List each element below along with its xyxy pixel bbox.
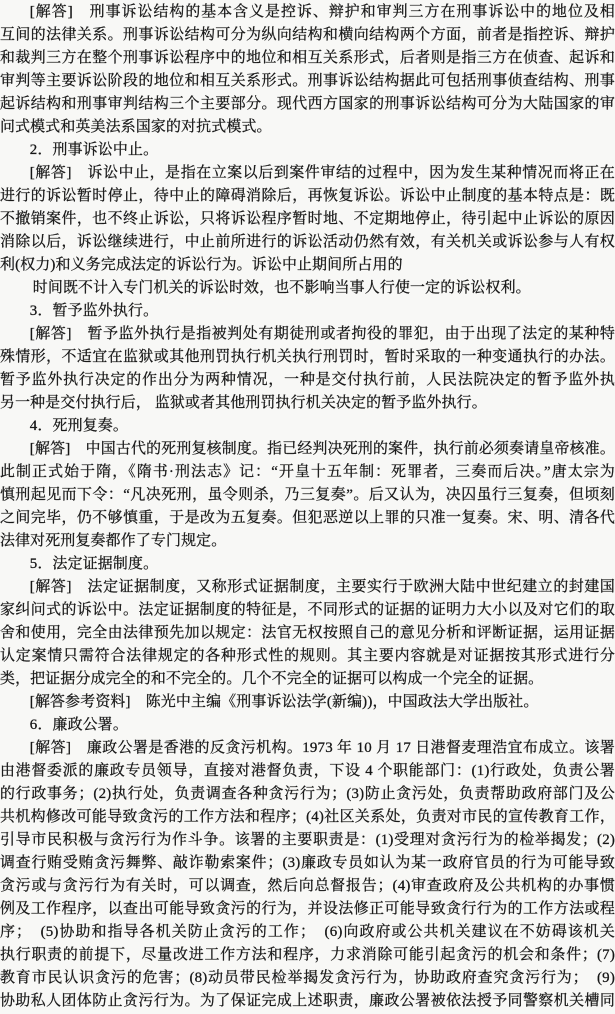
text-line-34: 由港督委派的廉政专员领导，直接对港督负责，下设 4 个职能部门：(1)行政处，负… [0, 760, 615, 783]
text-line-41: 序； (5)协助和指导各机关防止贪污的工作； (6)向政府或公共机关建议在不妨碍… [0, 921, 615, 944]
text-line-13: 时间既不计入专门机关的诉讼时效，也不影响当事人行使一定的诉讼权利。 [0, 277, 615, 300]
text-line-6: 问式模式和英美法系国家的对抗式模式。 [0, 116, 615, 139]
text-line-39: 贪污或与贪污行为有关时，可以调查，然后向总督报告；(4)审查政府及公共机构的办事… [0, 875, 615, 898]
text-line-31: [解答参考资料] 陈光中主编《刑事诉讼法学(新编))，中国政法大学出版社。 [0, 691, 615, 714]
text-line-37: 引导市民积极与贪污行为作斗争。该署的主要职责是：(1)受理对贪污行为的检举揭发；… [0, 829, 615, 852]
text-line-36: 共机构修改可能导致贪污的工作方法和程序；(4)社区关系处，负责对市民的宣传教育工… [0, 806, 615, 829]
text-line-14: 3．暂予监外执行。 [0, 300, 615, 323]
text-line-3: 和裁判三方在整个刑事诉讼程序中的地位和相互关系形式，后者则是指三方在侦查、起诉和 [0, 47, 615, 70]
text-line-19: 4．死刑复奏。 [0, 415, 615, 438]
text-line-44: 协助私人团体防止贪污行为。为了保证完成上述职责，廉政公署被依法授予同警察机关槽同 [0, 990, 615, 1013]
text-line-24: 法律对死刑复奏都作了专门规定。 [0, 530, 615, 553]
text-line-28: 舍和使用，完全由法律预先加以规定：法官无权按照自己的意见分析和评断证据，运用证据 [0, 622, 615, 645]
text-line-5: 起诉结构和刑事审判结构三个主要部分。现代西方国家的刑事诉讼结构可分为大陆国家的审 [0, 93, 615, 116]
text-line-38: 调查行贿受贿贪污舞弊、敲诈勒索案件；(3)廉政专员如认为某一政府官员的行为可能导… [0, 852, 615, 875]
text-line-8: [解答] 诉讼中止，是指在立案以后到案件审结的过程中，因为发生某种情况而将正在 [0, 162, 615, 185]
text-line-33: [解答] 廉政公署是香港的反贪污机构。1973 年 10 月 17 日港督麦理浩… [0, 737, 615, 760]
text-line-40: 例及工作程序，以查出可能导致贪污的行为，并设法修正可能导致贪行行为的工作方法或程 [0, 898, 615, 921]
text-line-21: 此制正式始于隋，《隋书·刑法志》记：“开皇十五年制：死罪者，三奏而后决。”唐太宗… [0, 461, 615, 484]
text-line-30: 类，把证据分成完全的和不完全的。几个不完全的证据可以构成一个完全的证据。 [0, 668, 615, 691]
text-line-9: 进行的诉讼暂时停止，待中止的障碍消除后，再恢复诉讼。诉讼中止制度的基本特点是：既 [0, 185, 615, 208]
text-line-17: 暂予监外执行决定的作出分为两种情况，一种是交付执行前，人民法院决定的暂予监外执行… [0, 369, 615, 392]
text-line-12: 利(权力)和义务完成法定的诉讼行为。诉讼中止期间所占用的 [0, 254, 615, 277]
document-page: [解答] 刑事诉讼结构的基本含义是控诉、辩护和审判三方在刑事诉讼中的地位及相互间… [0, 0, 615, 1014]
text-line-15: [解答] 暂予监外执行是指被判处有期徒刑或者拘役的罪犯，由于出现了法定的某种特 [0, 323, 615, 346]
text-line-29: 认定案情只需符合法律规定的各种形式性的规则。其主要内容就是对证据按其形式进行分 [0, 645, 615, 668]
text-line-7: 2．刑事诉讼中止。 [0, 139, 615, 162]
text-line-4: 审判等主要诉讼阶段的地位和相互关系形式。刑事诉讼结构据此可包括刑事侦查结构、刑事 [0, 70, 615, 93]
text-line-16: 殊情形，不适宜在监狱或其他刑罚执行机关执行刑罚时，暂时采取的一种变通执行的办法。 [0, 346, 615, 369]
text-line-18: 另一种是交付执行后， 监狱或者其他刑罚执行机关决定的暂予监外执行。 [0, 392, 615, 415]
text-line-35: 的行政事务；(2)执行处，负责调查各种贪污行为；(3)防止贪污处，负责帮助政府部… [0, 783, 615, 806]
text-line-11: 消除以后，诉讼继续进行，中止前所进行的诉讼活动仍然有效，有关机关或诉讼参与人有权 [0, 231, 615, 254]
text-line-23: 之间完毕，仍不够慎重，于是改为五复奏。但犯恶逆以上罪的只准一复奏。宋、明、清各代 [0, 507, 615, 530]
text-line-20: [解答] 中国古代的死刑复核制度。指已经判决死刑的案件，执行前必须奏请皇帝核准。 [0, 438, 615, 461]
text-line-2: 互间的法律关系。刑事诉讼结构可分为纵向结构和横向结构两个方面，前者是指控诉、辩护 [0, 24, 615, 47]
text-line-10: 不撤销案件，也不终止诉讼，只将诉讼程序暂时地、不定期地停止，待引起中止诉讼的原因 [0, 208, 615, 231]
text-line-32: 6．廉政公署。 [0, 714, 615, 737]
text-line-26: [解答] 法定证据制度，又称形式证据制度，主要实行于欧洲大陆中世纪建立的封建国 [0, 576, 615, 599]
text-line-25: 5．法定证据制度。 [0, 553, 615, 576]
text-line-27: 家纠问式的诉讼中。法定证据制度的特征是，不同形式的证据的证明力大小以及对它们的取 [0, 599, 615, 622]
text-line-1: [解答] 刑事诉讼结构的基本含义是控诉、辩护和审判三方在刑事诉讼中的地位及相 [0, 1, 615, 24]
text-line-22: 慎刑起见而下令：“凡决死刑，虽令则杀，乃三复奏”。后又认为，决囚虽行三复奏，但顷… [0, 484, 615, 507]
text-line-42: 执行职责的前提下，尽量改进工作方法和程序，力求消除可能引起贪污的机会和条件；(7… [0, 944, 615, 967]
text-line-43: 教育市民认识贪污的危害；(8)动员带民检举揭发贪污行为，协助政府查究贪污行为； … [0, 967, 615, 990]
